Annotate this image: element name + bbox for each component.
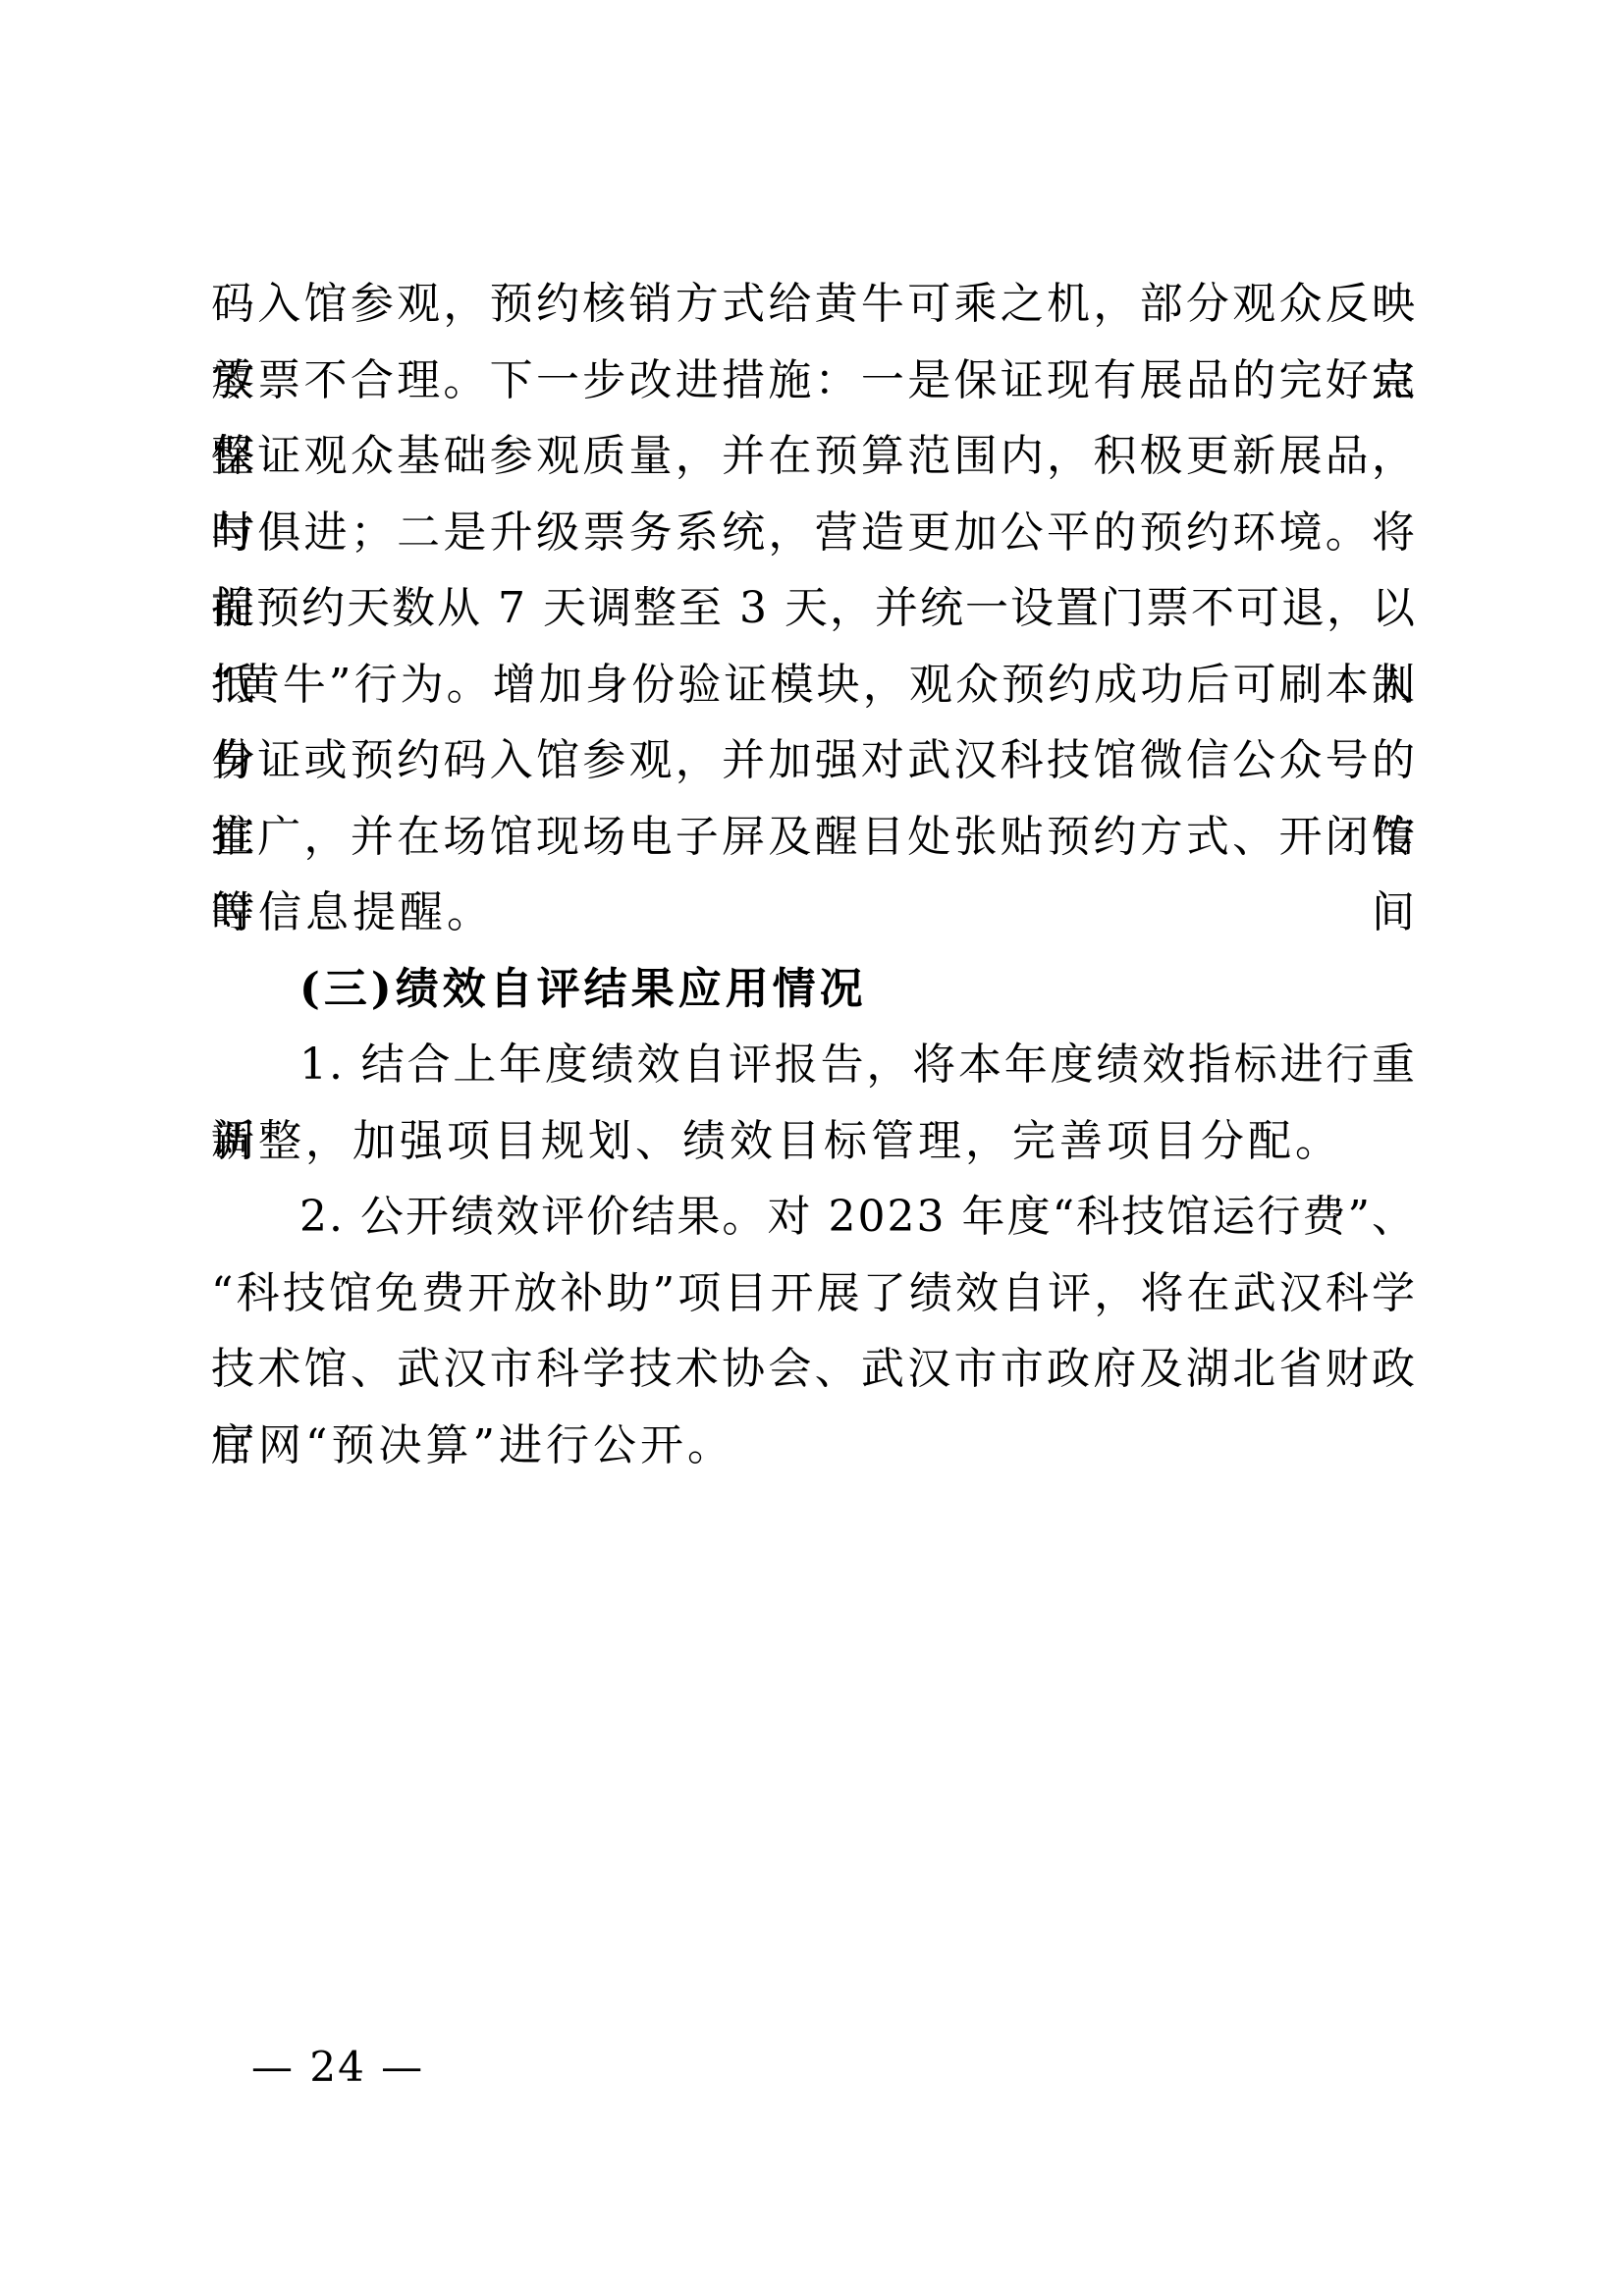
text-line: 放票不合理。下一步改进措施：一是保证现有展品的完好完整， <box>211 343 1417 419</box>
text-line: “科技馆免费开放补助”项目开展了绩效自评，将在武汉科学 <box>211 1255 1417 1332</box>
document-page: 码入馆参观，预约核销方式给黄牛可乘之机，部分观众反映零点放票不合理。下一步改进措… <box>0 0 1624 2296</box>
page-number: — 24 — <box>251 2044 424 2091</box>
text-line: 保证观众基础参观质量，并在预算范围内，积极更新展品，与 <box>211 418 1417 495</box>
text-line: 前预约天数从 7 天调整至 3 天，并统一设置门票不可退，以抵制 <box>211 570 1417 647</box>
text-line: (三)绩效自评结果应用情况 <box>211 951 1417 1028</box>
text-line: 时俱进；二是升级票务系统，营造更加公平的预约环境。将提 <box>211 495 1417 571</box>
text-line: 官网“预决算”进行公开。 <box>211 1408 1417 1484</box>
text-line: 2. 公开绩效评价结果。对 2023 年度“科技馆运行费”、 <box>211 1179 1417 1255</box>
text-line: “黄牛”行为。增加身份验证模块，观众预约成功后可刷本人身 <box>211 647 1417 723</box>
text-line: 份证或预约码入馆参观，并加强对武汉科技馆微信公众号的宣传 <box>211 722 1417 799</box>
text-line: 技术馆、武汉市科学技术协会、武汉市市政府及湖北省财政厅 <box>211 1331 1417 1408</box>
text-block: 码入馆参观，预约核销方式给黄牛可乘之机，部分观众反映零点放票不合理。下一步改进措… <box>211 266 1417 1483</box>
text-line: 1. 结合上年度绩效自评报告，将本年度绩效指标进行重新 <box>211 1027 1417 1103</box>
text-line: 调整，加强项目规划、绩效目标管理，完善项目分配。 <box>211 1103 1417 1180</box>
text-line: 推广，并在场馆现场电子屏及醒目处张贴预约方式、开闭馆时间 <box>211 799 1417 876</box>
text-line: 码入馆参观，预约核销方式给黄牛可乘之机，部分观众反映零点 <box>211 266 1417 343</box>
